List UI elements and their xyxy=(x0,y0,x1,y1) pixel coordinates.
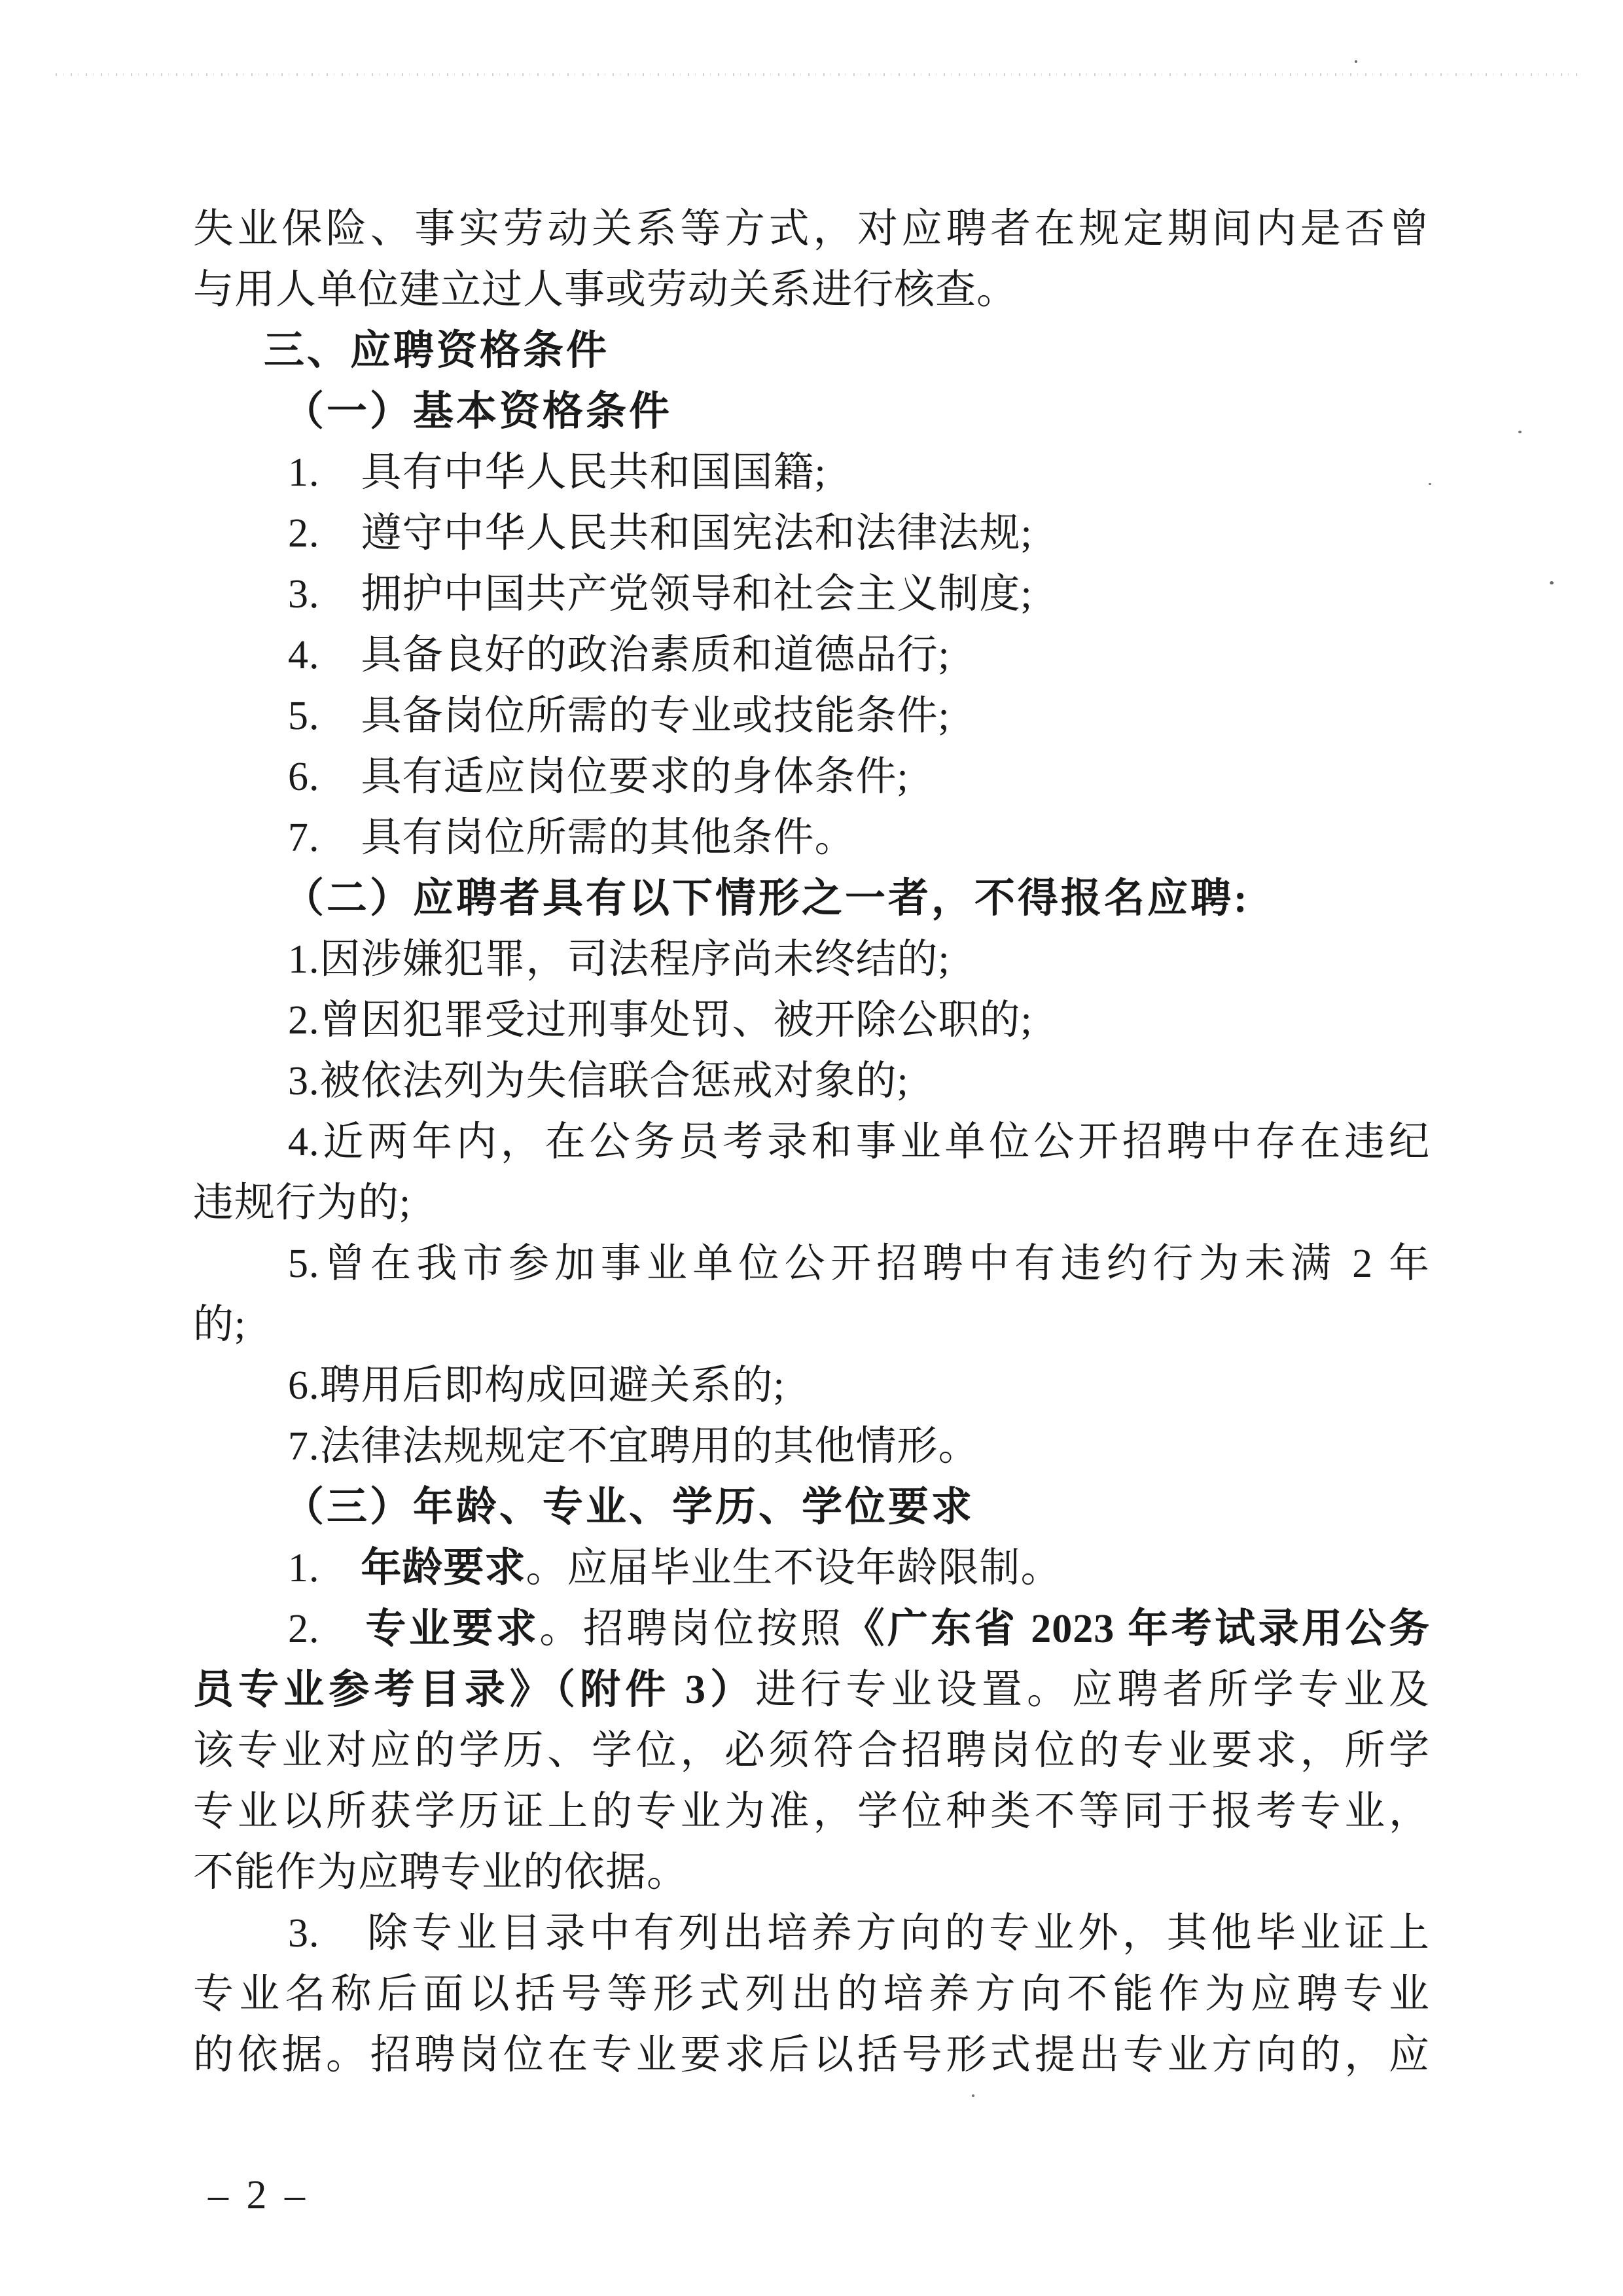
text-line: 的依据。招聘岗位在专业要求后以括号形式提出专业方向的，应 xyxy=(193,2025,1430,2086)
text-segment: 的依据。招聘岗位在专业要求后以括号形式提出专业方向的，应 xyxy=(193,2033,1430,2077)
text-segment: 7.法律法规规定不宜聘用的其他情形。 xyxy=(288,1424,980,1469)
page-number: – 2 – xyxy=(208,2165,309,2226)
text-segment: 专业以所获学历证上的专业为准，学位种类不等同于报考专业， xyxy=(193,1789,1430,1834)
text-line: 4.近两年内，在公务员考录和事业单位公开招聘中存在违纪 xyxy=(193,1112,1430,1173)
text-line: 3. 除专业目录中有列出培养方向的专业外，其他毕业证上 xyxy=(193,1903,1430,1964)
text-segment: 专业名称后面以括号等形式列出的培养方向不能作为应聘专业 xyxy=(193,1972,1430,2017)
bold-text-segment: 三、应聘资格条件 xyxy=(264,329,609,373)
bold-text-segment: （一）基本资格条件 xyxy=(283,389,672,434)
text-segment: 6. 具有适应岗位要求的身体条件; xyxy=(288,755,909,799)
text-line: 7.法律法规规定不宜聘用的其他情形。 xyxy=(193,1416,1430,1477)
text-line: 的; xyxy=(193,1295,1430,1355)
text-line: 专业以所获学历证上的专业为准，学位种类不等同于报考专业， xyxy=(193,1782,1430,1842)
text-line: 1.因涉嫌犯罪，司法程序尚未终结的; xyxy=(193,929,1430,990)
text-line: 2.曾因犯罪受过刑事处罚、被开除公职的; xyxy=(193,990,1430,1051)
text-line: 3.被依法列为失信联合惩戒对象的; xyxy=(193,1051,1430,1112)
text-segment: 失业保险、事实劳动关系等方式，对应聘者在规定期间内是否曾 xyxy=(193,207,1430,251)
bold-text-segment: （三）年龄、专业、学历、学位要求 xyxy=(283,1485,974,1530)
text-line: 违规行为的; xyxy=(193,1173,1430,1234)
text-line: 2. 遵守中华人民共和国宪法和法律法规; xyxy=(193,503,1430,564)
document-body: 失业保险、事实劳动关系等方式，对应聘者在规定期间内是否曾与用人单位建立过人事或劳… xyxy=(193,199,1430,2086)
text-segment: 违规行为的; xyxy=(193,1181,411,1225)
ink-speck xyxy=(1550,581,1554,584)
text-segment: 4.近两年内，在公务员考录和事业单位公开招聘中存在违纪 xyxy=(288,1120,1430,1164)
text-line: 该专业对应的学历、学位，必须符合招聘岗位的专业要求，所学 xyxy=(193,1721,1430,1782)
text-segment: 4. 具备良好的政治素质和道德品行; xyxy=(288,633,950,677)
text-segment: 7. 具有岗位所需的其他条件。 xyxy=(288,816,856,860)
text-line: 7. 具有岗位所需的其他条件。 xyxy=(193,808,1430,869)
text-segment: 1. xyxy=(288,1546,361,1590)
text-line: 5. 具备岗位所需的专业或技能条件; xyxy=(193,686,1430,747)
text-line: 4. 具备良好的政治素质和道德品行; xyxy=(193,625,1430,686)
text-segment: 该专业对应的学历、学位，必须符合招聘岗位的专业要求，所学 xyxy=(193,1729,1430,1773)
ink-speck xyxy=(972,2094,974,2097)
scan-noise-band xyxy=(56,73,1580,76)
text-line: （三）年龄、专业、学历、学位要求 xyxy=(193,1477,1430,1538)
text-line: 6. 具有适应岗位要求的身体条件; xyxy=(193,747,1430,808)
text-segment: 不能作为应聘专业的依据。 xyxy=(193,1850,688,1895)
text-segment: 3.被依法列为失信联合惩戒对象的; xyxy=(288,1059,909,1103)
bold-text-segment: 年龄要求 xyxy=(361,1546,526,1590)
text-line: 3. 拥护中国共产党领导和社会主义制度; xyxy=(193,564,1430,625)
text-segment: 的; xyxy=(193,1302,246,1347)
text-segment: 5.曾在我市参加事业单位公开招聘中有违约行为未满 2 年 xyxy=(288,1242,1430,1286)
bold-text-segment: 《广东省 2023 年考试录用公务 xyxy=(844,1607,1430,1651)
ink-speck xyxy=(1518,431,1522,433)
text-line: 1. 具有中华人民共和国国籍; xyxy=(193,442,1430,503)
scanned-document-page: 失业保险、事实劳动关系等方式，对应聘者在规定期间内是否曾与用人单位建立过人事或劳… xyxy=(0,0,1623,2296)
text-line: 不能作为应聘专业的依据。 xyxy=(193,1842,1430,1903)
text-segment: 5. 具备岗位所需的专业或技能条件; xyxy=(288,694,950,738)
text-segment: 1.因涉嫌犯罪，司法程序尚未终结的; xyxy=(288,937,950,982)
text-line: 专业名称后面以括号等形式列出的培养方向不能作为应聘专业 xyxy=(193,1964,1430,2025)
text-line: 三、应聘资格条件 xyxy=(193,321,1430,382)
text-segment: 。招聘岗位按照 xyxy=(539,1607,844,1651)
text-segment: 6.聘用后即构成回避关系的; xyxy=(288,1363,785,1408)
text-line: 1. 年龄要求。应届毕业生不设年龄限制。 xyxy=(193,1538,1430,1599)
bold-text-segment: 专业要求 xyxy=(365,1607,539,1651)
text-segment: 3. 除专业目录中有列出培养方向的专业外，其他毕业证上 xyxy=(288,1911,1430,1956)
bold-text-segment: 员专业参考目录》（附件 3） xyxy=(193,1668,755,1712)
text-line: 员专业参考目录》（附件 3）进行专业设置。应聘者所学专业及 xyxy=(193,1660,1430,1721)
text-line: 6.聘用后即构成回避关系的; xyxy=(193,1355,1430,1416)
text-segment: 2. xyxy=(288,1607,365,1651)
text-segment: 3. 拥护中国共产党领导和社会主义制度; xyxy=(288,572,1033,617)
text-line: 与用人单位建立过人事或劳动关系进行核查。 xyxy=(193,260,1430,321)
text-line: 5.曾在我市参加事业单位公开招聘中有违约行为未满 2 年 xyxy=(193,1234,1430,1295)
text-line: （一）基本资格条件 xyxy=(193,382,1430,442)
text-segment: 。应届毕业生不设年龄限制。 xyxy=(526,1546,1062,1590)
text-segment: 2.曾因犯罪受过刑事处罚、被开除公职的; xyxy=(288,998,1033,1043)
text-line: 失业保险、事实劳动关系等方式，对应聘者在规定期间内是否曾 xyxy=(193,199,1430,260)
ink-speck xyxy=(1355,60,1357,63)
text-segment: 进行专业设置。应聘者所学专业及 xyxy=(755,1668,1430,1712)
text-segment: 2. 遵守中华人民共和国宪法和法律法规; xyxy=(288,511,1033,556)
text-line: 2. 专业要求。招聘岗位按照《广东省 2023 年考试录用公务 xyxy=(193,1599,1430,1660)
text-segment: 与用人单位建立过人事或劳动关系进行核查。 xyxy=(193,268,1018,312)
text-segment: 1. 具有中华人民共和国国籍; xyxy=(288,450,827,495)
text-line: （二）应聘者具有以下情形之一者，不得报名应聘: xyxy=(193,869,1430,929)
bold-text-segment: （二）应聘者具有以下情形之一者，不得报名应聘: xyxy=(283,876,1250,921)
